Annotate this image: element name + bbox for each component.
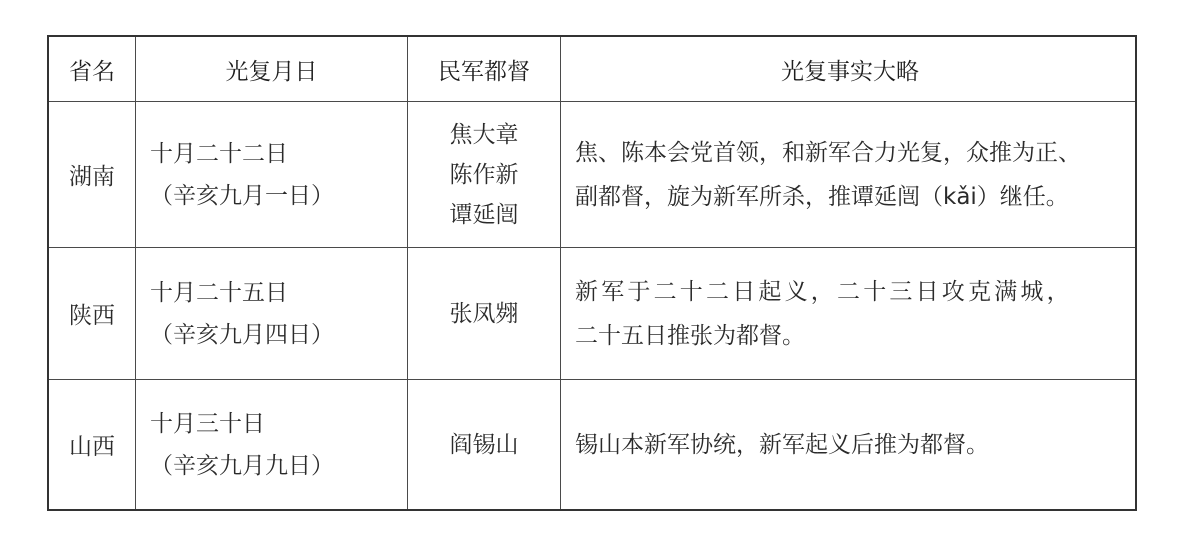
table-header-row: 省名 光复月日 民军都督 光复事实大略 [48,36,1136,102]
province-cell: 山西 [48,380,136,511]
date-gregorian: 十月二十五日 [150,272,407,314]
header-military-governor: 民军都督 [408,36,561,102]
summary-cell: 新军于二十二日起义，二十三日攻克满城， 二十五日推张为都督。 [561,248,1137,380]
header-province: 省名 [48,36,136,102]
header-restoration-summary: 光复事实大略 [561,36,1137,102]
governor-cell: 阎锡山 [408,380,561,511]
date-lunar: （辛亥九月九日） [150,445,407,487]
summary-line: 副都督，旋为新军所杀，推谭延闿（kǎi）继任。 [575,175,1125,219]
governor-name: 张凤翙 [408,294,560,334]
date-lunar: （辛亥九月一日） [150,175,407,217]
revolution-provinces-table: 省名 光复月日 民军都督 光复事实大略 湖南 十月二十二日 （辛亥九月一日） 焦… [47,35,1137,511]
governor-name: 焦大章 [408,115,560,155]
date-lunar: （辛亥九月四日） [150,314,407,356]
summary-line: 锡山本新军协统，新军起义后推为都督。 [575,423,1125,467]
governor-name: 谭延闿 [408,195,560,235]
province-cell: 陕西 [48,248,136,380]
date-gregorian: 十月二十二日 [150,133,407,175]
governor-name: 阎锡山 [408,425,560,465]
date-gregorian: 十月三十日 [150,403,407,445]
summary-cell: 锡山本新军协统，新军起义后推为都督。 [561,380,1137,511]
governor-cell: 焦大章 陈作新 谭延闿 [408,102,561,248]
date-cell: 十月二十五日 （辛亥九月四日） [136,248,408,380]
table-row: 湖南 十月二十二日 （辛亥九月一日） 焦大章 陈作新 谭延闿 焦、陈本会党首领，… [48,102,1136,248]
summary-cell: 焦、陈本会党首领，和新军合力光复，众推为正、 副都督，旋为新军所杀，推谭延闿（k… [561,102,1137,248]
province-cell: 湖南 [48,102,136,248]
summary-line: 焦、陈本会党首领，和新军合力光复，众推为正、 [575,131,1125,175]
summary-line: 新军于二十二日起义，二十三日攻克满城， [575,270,1125,314]
table-row: 山西 十月三十日 （辛亥九月九日） 阎锡山 锡山本新军协统，新军起义后推为都督。 [48,380,1136,511]
governor-name: 陈作新 [408,155,560,195]
date-cell: 十月三十日 （辛亥九月九日） [136,380,408,511]
date-cell: 十月二十二日 （辛亥九月一日） [136,102,408,248]
header-restoration-date: 光复月日 [136,36,408,102]
governor-cell: 张凤翙 [408,248,561,380]
table-row: 陕西 十月二十五日 （辛亥九月四日） 张凤翙 新军于二十二日起义，二十三日攻克满… [48,248,1136,380]
summary-line: 二十五日推张为都督。 [575,314,1125,358]
